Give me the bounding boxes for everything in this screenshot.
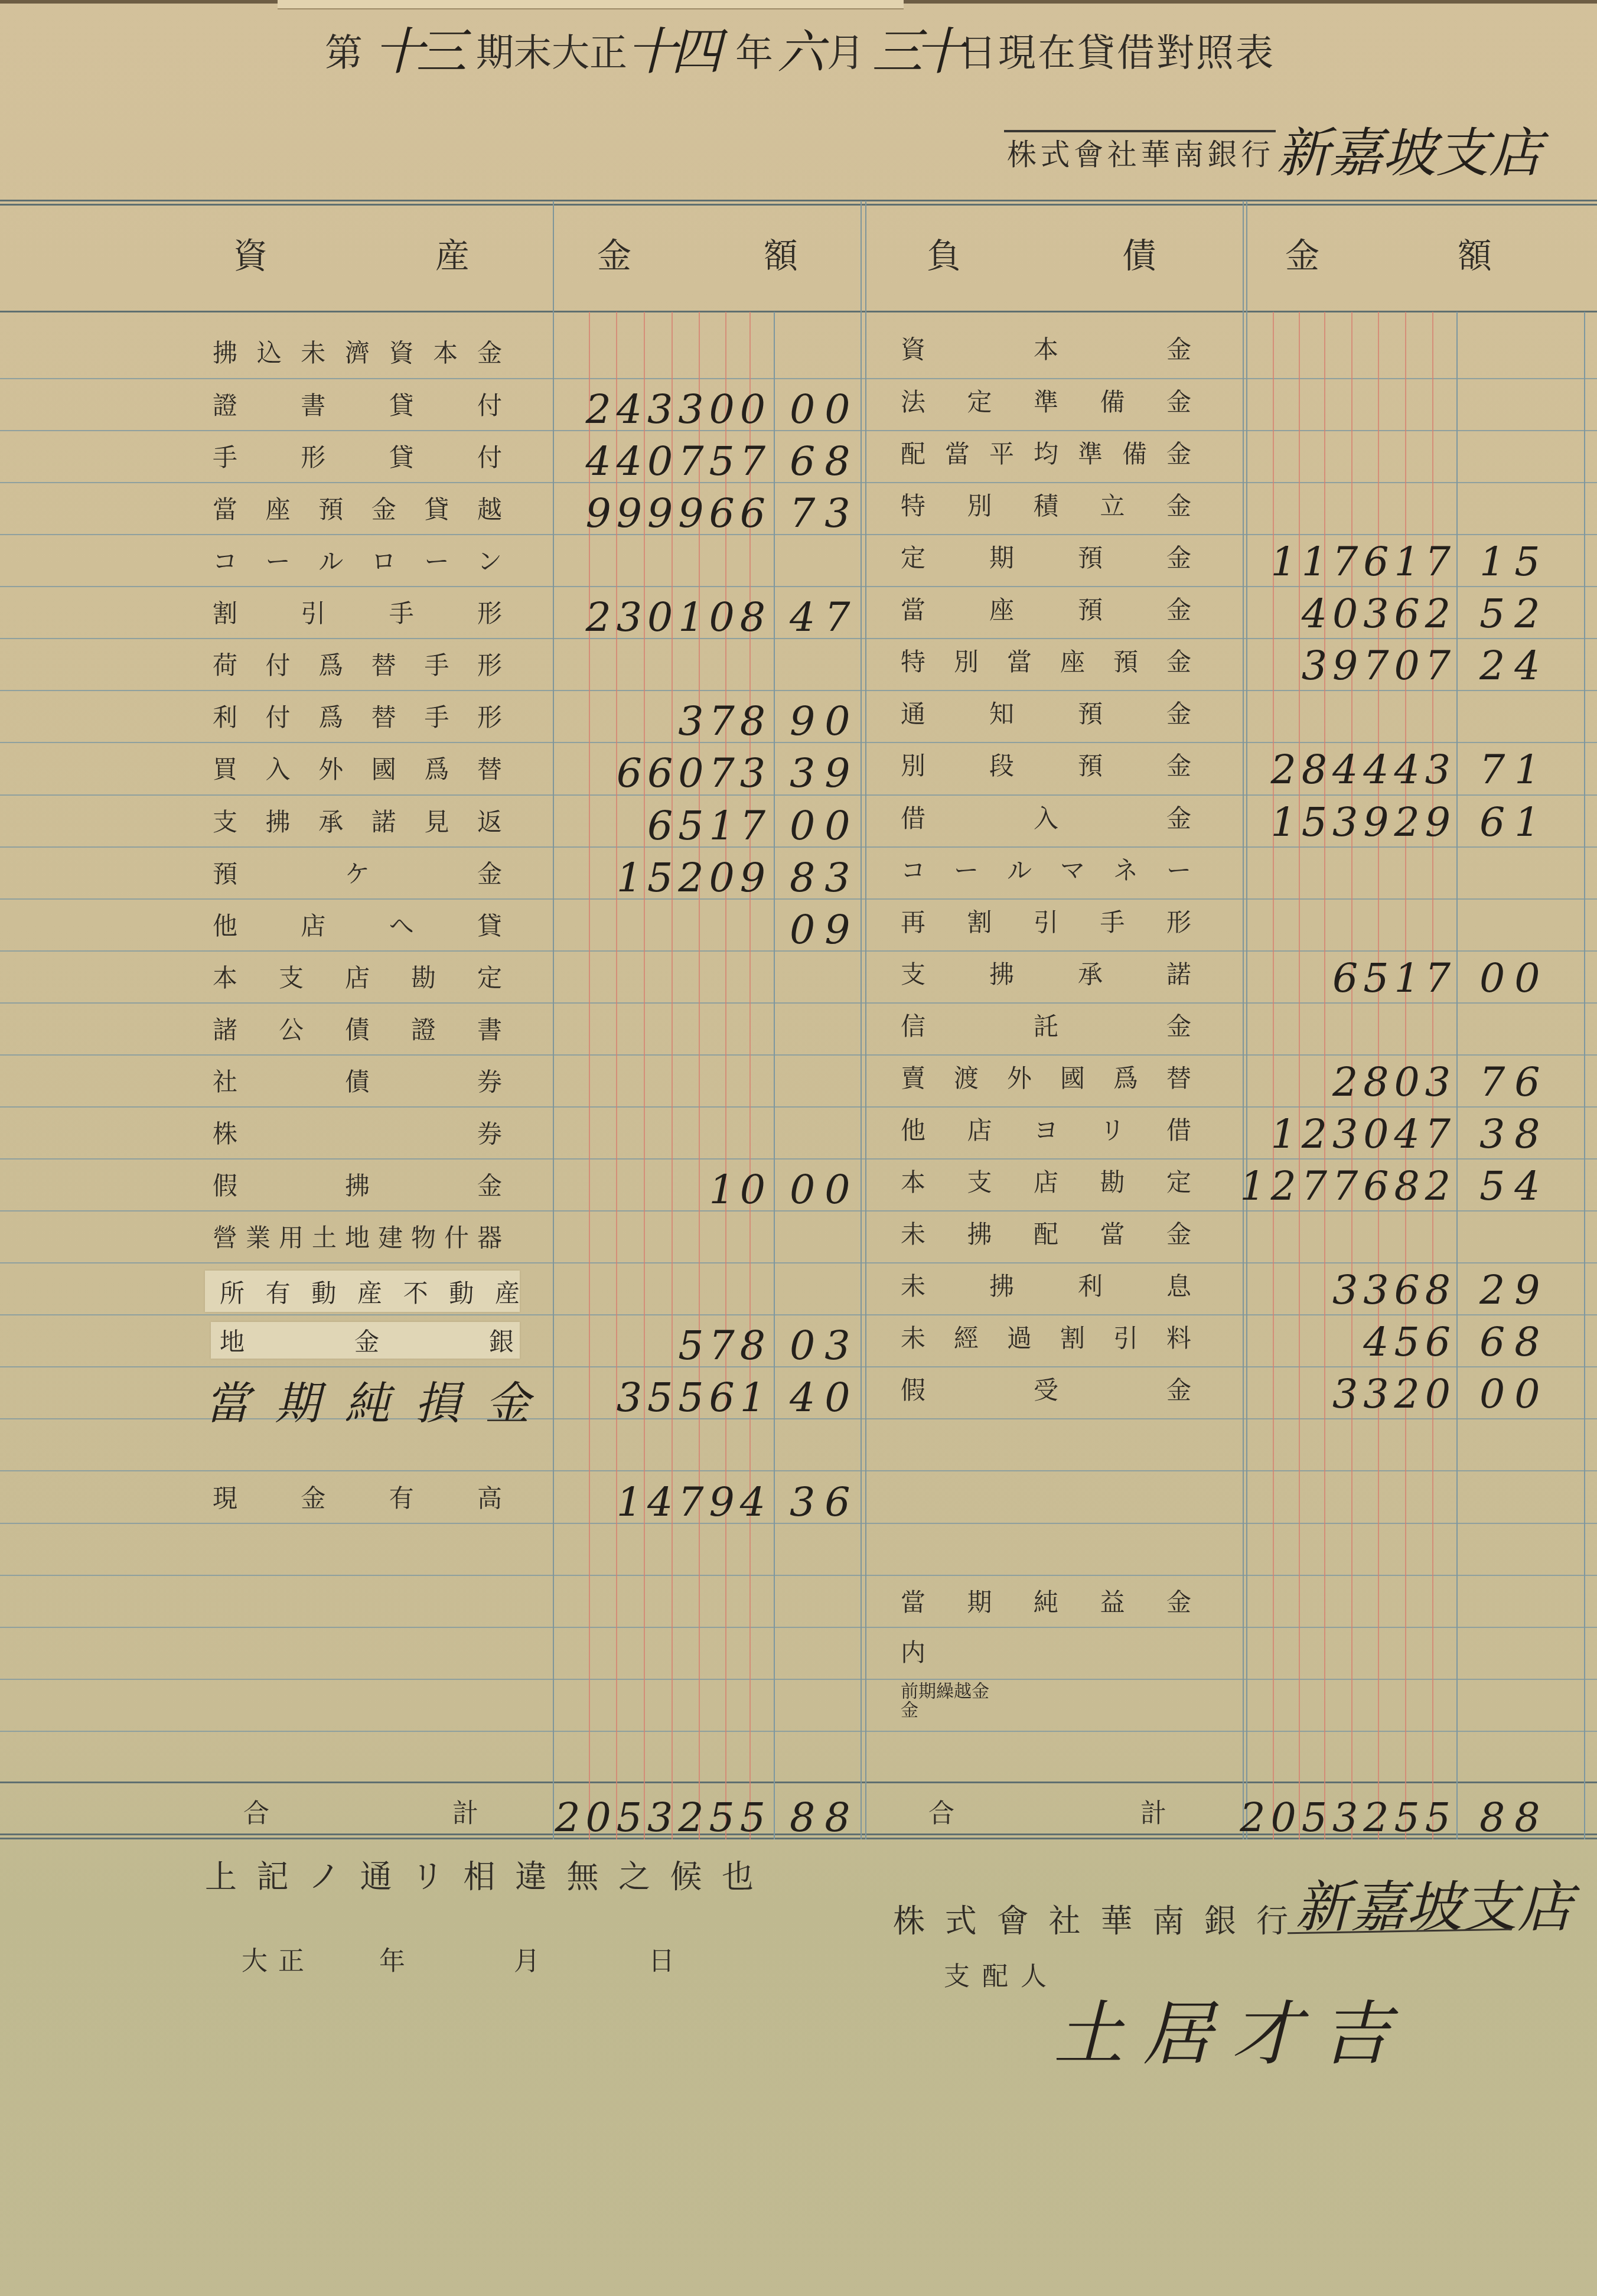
asset-row: 假拂金 10 00 — [0, 1158, 863, 1210]
glyph: 座 — [266, 490, 291, 526]
glyph: 建 — [378, 1219, 403, 1254]
glyph: 未 — [901, 1267, 925, 1302]
glyph: ー — [424, 542, 449, 578]
glyph: 形 — [477, 594, 502, 630]
asset-row: 證書貸付 243300 00 — [0, 378, 863, 430]
glyph: 公 — [279, 1011, 304, 1046]
liability-sublabel: 前期繰越金 — [901, 1682, 1191, 1701]
glyph: 手 — [213, 438, 237, 474]
glyph: 勘 — [411, 959, 436, 994]
glyph: 營 — [213, 1219, 237, 1254]
glyph: 金 — [1166, 1371, 1191, 1406]
liability-row: 前期繰越金 金 — [863, 1679, 1597, 1731]
glyph: 期 — [275, 1367, 320, 1432]
glyph: 信 — [901, 1007, 925, 1043]
glyph: 當 — [1100, 1215, 1125, 1250]
asset-row: コールローン — [0, 534, 863, 586]
glyph: 未 — [901, 1319, 925, 1354]
glyph: 金 — [1166, 1583, 1191, 1618]
manager-signature: 土居才吉 — [1054, 1986, 1390, 2069]
glyph: 預 — [1078, 539, 1103, 574]
glyph: 未 — [901, 1215, 925, 1250]
glyph: ー — [954, 851, 979, 887]
glyph: 形 — [477, 646, 502, 682]
asset-label-pasted: 所有動産不動産 — [220, 1266, 520, 1318]
asset-row: 支拂承諾見返 6517 00 — [0, 794, 863, 846]
asset-label: 本支店勘定 — [213, 950, 502, 1002]
liability-amount-sen: 15 — [1479, 536, 1550, 588]
liability-row: 假受金 3320 00 — [863, 1363, 1597, 1415]
glyph: 利 — [1078, 1267, 1103, 1302]
glyph: 荷 — [213, 646, 237, 682]
glyph: 金 — [1166, 799, 1191, 835]
glyph: 過 — [1007, 1319, 1032, 1354]
glyph: 本 — [901, 1163, 925, 1199]
asset-label: 現金有高 — [213, 1471, 502, 1523]
glyph: 對 — [1156, 22, 1194, 77]
glyph: 人 — [1021, 1955, 1047, 1993]
glyph: ル — [1007, 851, 1032, 887]
glyph: 法 — [901, 383, 925, 418]
liability-label: 當座預金 — [901, 582, 1191, 634]
liability-amount-sen: 76 — [1479, 1057, 1550, 1109]
glyph: 金 — [1166, 1215, 1191, 1250]
glyph: 記 — [257, 1852, 289, 1897]
asset-amount-sen: 68 — [790, 436, 860, 488]
glyph: 株 — [893, 1896, 925, 1942]
glyph: 物 — [411, 1219, 436, 1254]
glyph: 金 — [597, 228, 631, 278]
title-day-handwritten: 三十 — [872, 11, 957, 84]
liability-label-small: 前期繰越金 金 — [901, 1682, 1191, 1734]
total-label: 合計 — [243, 1784, 478, 1838]
glyph: 銀 — [1204, 1896, 1236, 1942]
header-bottom-rule — [0, 311, 1597, 312]
glyph: 當 — [1007, 643, 1032, 678]
title-period-handwritten: 十三 — [373, 11, 458, 84]
title-segment: 年 — [735, 22, 773, 77]
glyph: 定 — [967, 383, 992, 418]
glyph: 銀 — [489, 1323, 514, 1358]
liability-row: 配當平均準備金 — [863, 426, 1597, 478]
glyph: リ — [412, 1852, 444, 1897]
liability-amount-sen: 24 — [1479, 640, 1550, 692]
glyph: 金 — [477, 1167, 502, 1202]
glyph: 再 — [901, 903, 925, 939]
liability-label: 他店ヨリ借 — [901, 1103, 1191, 1155]
glyph: 賣 — [901, 1059, 925, 1095]
liability-label: 信託金 — [901, 999, 1191, 1051]
glyph: 形 — [301, 438, 325, 474]
asset-amount-sen: 47 — [790, 592, 860, 644]
asset-amount-yen: 66073 — [617, 748, 771, 800]
title-segment: 第 — [325, 22, 363, 77]
table-top-rule — [0, 200, 1597, 201]
glyph: 用 — [279, 1219, 304, 1254]
liability-label: 支拂承諾 — [901, 947, 1191, 999]
liability-label: 再割引手形 — [901, 895, 1191, 947]
glyph: 金 — [301, 1479, 325, 1515]
glyph: 南 — [1174, 131, 1204, 174]
glyph: 金 — [1166, 487, 1191, 522]
glyph: 入 — [1034, 799, 1058, 835]
glyph: 有 — [389, 1479, 414, 1515]
glyph: 特 — [901, 487, 925, 522]
glyph: 預 — [318, 490, 343, 526]
liability-row: 再割引手形 — [863, 895, 1597, 947]
asset-row: 荷付爲替手形 — [0, 638, 863, 690]
liability-label: 借入金 — [901, 791, 1191, 843]
glyph: 金 — [1166, 747, 1191, 782]
glyph: ル — [318, 542, 343, 578]
asset-row: 所有動産不動産 — [0, 1266, 863, 1318]
liability-amount-yen: 3320 — [1332, 1369, 1456, 1421]
asset-amount-sen: 83 — [790, 852, 860, 904]
glyph: 支 — [1436, 110, 1489, 187]
title-segment: 日現在貸借對照表 — [959, 22, 1273, 77]
liability-label: 資本金 — [901, 322, 1191, 374]
glyph: 貸 — [389, 386, 414, 422]
glyph: 社 — [213, 1063, 237, 1098]
glyph: 付 — [477, 438, 502, 474]
glyph: 拂 — [345, 1167, 370, 1202]
glyph: 表 — [1236, 22, 1273, 77]
glyph: 違 — [515, 1852, 547, 1897]
asset-amount-sen: 40 — [790, 1372, 860, 1424]
glyph: 負 — [927, 228, 961, 278]
glyph: 預 — [1078, 747, 1103, 782]
issuer-bank-name: 株式會社華南銀行 — [1007, 136, 1270, 169]
glyph: 配 — [901, 435, 925, 470]
glyph: 手 — [1100, 903, 1125, 939]
header-assets: 資産 — [233, 234, 470, 272]
liability-row: 資本金 — [863, 322, 1597, 374]
glyph: 新 — [1276, 110, 1329, 187]
date-era: 大正 — [242, 1940, 315, 1978]
liability-row: 特別積立金 — [863, 478, 1597, 530]
glyph: 返 — [477, 803, 502, 838]
glyph: 之 — [618, 1852, 650, 1897]
liability-amount-sen: 38 — [1479, 1109, 1550, 1161]
glyph: 金 — [1166, 539, 1191, 574]
glyph: 證 — [411, 1011, 436, 1046]
glyph: 金 — [354, 1323, 379, 1358]
glyph: ネ — [1113, 851, 1138, 887]
glyph: 居 — [1143, 1978, 1213, 2078]
asset-label: 割引手形 — [213, 586, 502, 638]
glyph: 才 — [1231, 1978, 1301, 2078]
glyph: 華 — [1140, 131, 1170, 174]
glyph: 預 — [1078, 695, 1103, 730]
glyph: 備 — [1100, 383, 1125, 418]
glyph: 支 — [944, 1955, 970, 1993]
title-month-handwritten: 六 — [777, 14, 824, 82]
liability-label: 法定準備金 — [901, 374, 1191, 426]
glyph: 嘉 — [1329, 110, 1383, 187]
liability-amount-yen: 40362 — [1302, 588, 1456, 640]
total-assets-sen: 88 — [790, 1792, 860, 1844]
glyph: 替 — [1166, 1059, 1191, 1095]
glyph: 計 — [1140, 1792, 1166, 1830]
asset-label: 株券 — [213, 1106, 502, 1158]
paper-fold — [278, 0, 904, 9]
glyph: 株 — [1007, 131, 1037, 174]
glyph: ン — [477, 542, 502, 578]
glyph: 額 — [1458, 228, 1492, 278]
glyph: 期 — [476, 22, 514, 77]
glyph: 債 — [345, 1063, 370, 1098]
glyph: 候 — [670, 1852, 702, 1897]
glyph: 動 — [311, 1274, 336, 1310]
glyph: 爲 — [1113, 1059, 1138, 1095]
glyph: 書 — [301, 386, 325, 422]
glyph: 正 — [589, 22, 627, 77]
asset-label: 預ケ金 — [213, 846, 502, 898]
glyph: 行 — [1256, 1896, 1288, 1942]
glyph: 純 — [345, 1367, 390, 1432]
asset-row: 手形貸付 440757 68 — [0, 430, 863, 482]
glyph: 均 — [1034, 435, 1058, 470]
glyph: 書 — [477, 1011, 502, 1046]
glyph: 準 — [1034, 383, 1058, 418]
glyph: 承 — [1078, 955, 1103, 991]
glyph: 借 — [1166, 1111, 1191, 1147]
glyph: 計 — [452, 1792, 478, 1830]
glyph: 爲 — [424, 750, 449, 786]
liability-row: 未拂配當金 — [863, 1207, 1597, 1259]
glyph: 國 — [1060, 1059, 1085, 1095]
glyph: 他 — [213, 907, 237, 942]
glyph: 資 — [233, 228, 268, 278]
glyph: 産 — [357, 1274, 382, 1310]
liability-amount-yen: 3368 — [1332, 1265, 1456, 1317]
glyph: 假 — [213, 1167, 237, 1202]
glyph: 資 — [901, 330, 925, 366]
glyph: 行 — [1241, 131, 1270, 174]
asset-amount-yen: 243300 — [585, 384, 771, 436]
glyph: 店 — [1517, 1862, 1573, 1942]
asset-amount-sen: 03 — [790, 1320, 860, 1372]
glyph: 配 — [1034, 1215, 1058, 1250]
glyph: 拂 — [213, 334, 237, 369]
glyph: 器 — [477, 1219, 502, 1254]
liability-label: 未拂配當金 — [901, 1207, 1191, 1259]
liability-row: 法定準備金 — [863, 374, 1597, 426]
total-label: 合計 — [928, 1784, 1166, 1838]
asset-label: 拂込未濟資本金 — [213, 325, 502, 377]
glyph: 借 — [901, 799, 925, 835]
glyph: 引 — [1034, 903, 1058, 939]
glyph: 經 — [954, 1319, 979, 1354]
glyph: 爲 — [318, 698, 343, 734]
asset-row: 利付爲替手形 378 90 — [0, 690, 863, 742]
glyph: 本 — [1034, 330, 1058, 366]
glyph: 金 — [477, 855, 502, 890]
asset-amount-sen: 00 — [790, 384, 860, 436]
glyph: 式 — [1041, 131, 1070, 174]
glyph: 見 — [424, 803, 449, 838]
liability-row: 支拂承諾 6517 00 — [863, 947, 1597, 999]
liability-label: コールマネー — [901, 843, 1191, 895]
glyph: 手 — [424, 698, 449, 734]
glyph: 入 — [266, 750, 291, 786]
glyph: ー — [266, 542, 291, 578]
glyph: 損 — [415, 1367, 460, 1432]
glyph: 外 — [1007, 1059, 1032, 1095]
liability-amount-yen: 117617 — [1270, 536, 1456, 588]
liability-amount-sen: 54 — [1479, 1161, 1550, 1213]
glyph: 諾 — [371, 803, 396, 838]
glyph: 料 — [1166, 1319, 1191, 1354]
glyph: 受 — [1034, 1371, 1058, 1406]
glyph: 引 — [1113, 1319, 1138, 1354]
asset-row: 當座預金貸越 999966 73 — [0, 482, 863, 534]
glyph: 當 — [213, 490, 237, 526]
title-segment: 月 — [827, 22, 865, 77]
liability-amount-yen: 39707 — [1302, 640, 1456, 692]
liability-label: 別段預金 — [901, 738, 1191, 790]
liability-amount-yen: 1277682 — [1240, 1161, 1456, 1213]
glyph: 相 — [464, 1852, 496, 1897]
glyph: 益 — [1100, 1583, 1125, 1618]
liability-amount-sen: 29 — [1479, 1265, 1550, 1317]
asset-row: 割引手形 230108 47 — [0, 586, 863, 638]
glyph: 備 — [1122, 435, 1147, 470]
asset-label: 諸公債證書 — [213, 1002, 502, 1054]
asset-row: 買入外國爲替 66073 39 — [0, 742, 863, 794]
liability-label: 賣渡外國爲替 — [901, 1051, 1191, 1103]
liability-sublabel-line2: 金 — [901, 1701, 1191, 1720]
attestation-statement: 上記ノ通リ相違無之候也 — [205, 1856, 754, 1893]
asset-label: 證書貸付 — [213, 378, 502, 430]
glyph: 金 — [1166, 643, 1191, 678]
glyph: 借 — [1117, 22, 1155, 77]
asset-label: 買入外國爲替 — [213, 742, 502, 794]
liability-amount-sen: 00 — [1479, 1369, 1550, 1421]
asset-amount-yen: 440757 — [585, 436, 771, 488]
asset-label: 社債券 — [213, 1054, 502, 1106]
asset-amount-sen: 00 — [790, 1164, 860, 1216]
asset-label: 利付爲替手形 — [213, 690, 502, 742]
asset-amount-sen: 09 — [790, 904, 860, 956]
glyph: 預 — [213, 855, 237, 890]
liability-row: 内 — [863, 1627, 1597, 1679]
glyph: 渡 — [954, 1059, 979, 1095]
glyph: 照 — [1196, 22, 1234, 77]
asset-label: 當座預金貸越 — [213, 482, 502, 534]
asset-amount-yen: 15209 — [617, 852, 771, 904]
liability-row: 借入金 153929 61 — [863, 791, 1597, 843]
liability-label: 未拂利息 — [901, 1259, 1191, 1311]
asset-amount-yen: 378 — [678, 696, 771, 748]
glyph: 地 — [345, 1219, 370, 1254]
date-day: 日 — [648, 1940, 674, 1978]
glyph: 期 — [967, 1583, 992, 1618]
title-segment: 期末大正 — [476, 22, 627, 77]
glyph: 本 — [213, 959, 237, 994]
total-top-rule — [0, 1782, 1597, 1783]
liability-row: 當期純益金 — [863, 1575, 1597, 1627]
glyph: 所 — [220, 1274, 245, 1310]
glyph: 金 — [1166, 330, 1191, 366]
glyph: 當 — [945, 435, 970, 470]
glyph: 手 — [389, 594, 414, 630]
asset-row: 現金有高 14794 36 — [0, 1471, 863, 1523]
glyph: 付 — [266, 646, 291, 682]
glyph: 貸 — [389, 438, 414, 474]
glyph: 割 — [213, 594, 237, 630]
glyph: 業 — [246, 1219, 270, 1254]
glyph: 券 — [477, 1063, 502, 1098]
glyph: 債 — [1122, 228, 1156, 278]
liability-row: 未拂利息 3368 29 — [863, 1259, 1597, 1311]
manager-title: 支配人 — [944, 1960, 1047, 1988]
asset-amount-sen: 36 — [790, 1477, 860, 1529]
asset-amount-sen: 00 — [790, 800, 860, 852]
asset-amount-yen: 999966 — [585, 488, 771, 540]
glyph: 現 — [213, 1479, 237, 1515]
glyph: リ — [1100, 1111, 1125, 1147]
glyph: 割 — [967, 903, 992, 939]
glyph: ー — [1166, 851, 1191, 887]
liability-row: 本支店勘定 1277682 54 — [863, 1155, 1597, 1207]
glyph: コ — [901, 851, 925, 887]
glyph: 社 — [1049, 1896, 1081, 1942]
liability-amount-sen: 61 — [1479, 797, 1550, 849]
glyph: 華 — [1100, 1896, 1132, 1942]
footer-bank-name: 株式會社華南銀行 — [893, 1901, 1288, 1936]
glyph: 當 — [205, 1367, 250, 1432]
glyph: 定 — [477, 959, 502, 994]
asset-label: 他店へ貸 — [213, 898, 502, 950]
glyph: 支 — [967, 1163, 992, 1199]
glyph: 本 — [433, 334, 458, 369]
glyph: 店 — [1034, 1163, 1058, 1199]
asset-amount-yen: 10 — [709, 1164, 771, 1216]
glyph: 株 — [213, 1115, 237, 1150]
glyph: 金 — [1285, 228, 1319, 278]
glyph: 通 — [901, 695, 925, 730]
table-top-rule — [0, 204, 1597, 206]
glyph: 地 — [220, 1323, 245, 1358]
glyph: 當 — [901, 591, 925, 626]
asset-label: 手形貸付 — [213, 430, 502, 482]
asset-amount-yen: 14794 — [617, 1477, 771, 1529]
asset-amount-sen: 90 — [790, 696, 860, 748]
glyph: 國 — [371, 750, 396, 786]
glyph: 式 — [945, 1896, 977, 1942]
glyph: 貸 — [1077, 22, 1115, 77]
glyph: 合 — [243, 1792, 269, 1830]
asset-row: 地金銀 578 03 — [0, 1314, 863, 1366]
glyph: 付 — [477, 386, 502, 422]
glyph: 什 — [444, 1219, 469, 1254]
total-liabilities-yen: 2053255 — [1240, 1792, 1456, 1844]
glyph: 土 — [1054, 1978, 1123, 2078]
glyph: 有 — [266, 1274, 291, 1310]
glyph: 貸 — [477, 907, 502, 942]
glyph: 也 — [722, 1852, 754, 1897]
glyph: 拂 — [266, 803, 291, 838]
asset-row: 他店へ貸 09 — [0, 898, 863, 950]
glyph: 座 — [989, 591, 1014, 626]
glyph: マ — [1060, 851, 1085, 887]
glyph: 貸 — [424, 490, 449, 526]
glyph: 産 — [435, 228, 470, 278]
asset-amount-yen: 6517 — [647, 800, 771, 852]
glyph: 現 — [998, 22, 1036, 77]
glyph: 未 — [301, 334, 325, 369]
